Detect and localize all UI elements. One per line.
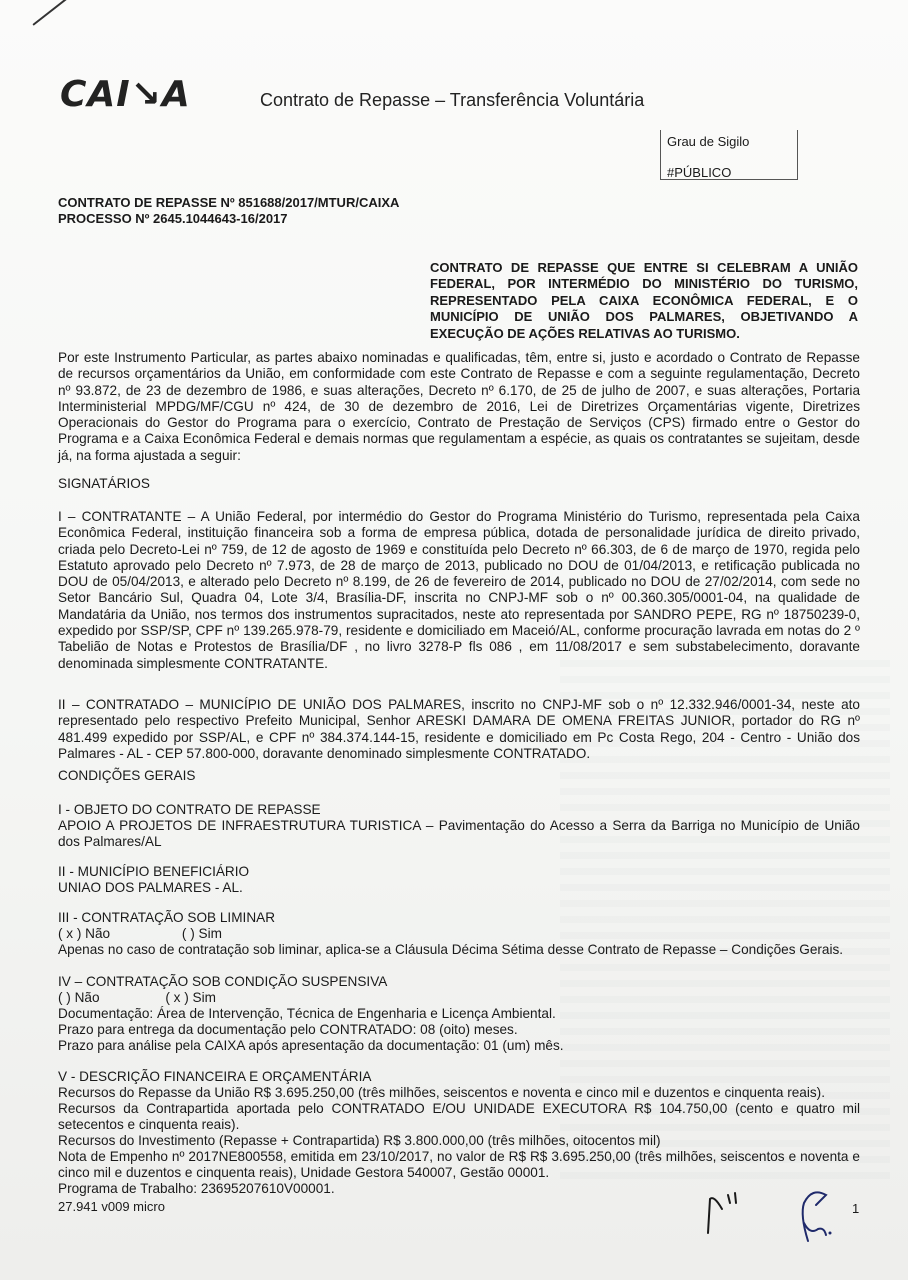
suspensiva-sim-checkbox: ( x ) Sim bbox=[165, 990, 216, 1006]
suspensiva-prazo-analise: Prazo para análise pela CAIXA após apres… bbox=[58, 1038, 564, 1054]
suspensiva-heading: IV – CONTRATAÇÃO SOB CONDIÇÃO SUSPENSIVA bbox=[58, 974, 387, 990]
financeira-contrapartida: Recursos da Contrapartida aportada pelo … bbox=[58, 1101, 860, 1134]
financeira-empenho: Nota de Empenho nº 2017NE800558, emitida… bbox=[58, 1149, 860, 1182]
footer-code: 27.941 v009 micro bbox=[58, 1199, 165, 1214]
liminar-options: ( x ) Não ( ) Sim bbox=[58, 926, 222, 942]
municipio-heading: II - MUNICÍPIO BENEFICIÁRIO bbox=[58, 864, 249, 880]
financeira-heading: V - DESCRIÇÃO FINANCEIRA E ORÇAMENTÁRIA bbox=[58, 1069, 371, 1085]
objeto-text: APOIO A PROJETOS DE INFRAESTRUTURA TURIS… bbox=[58, 818, 860, 851]
municipio-text: UNIAO DOS PALMARES - AL. bbox=[58, 880, 243, 896]
process-number: PROCESSO Nº 2645.1044643-16/2017 bbox=[58, 211, 399, 227]
liminar-nao-checkbox: ( x ) Não bbox=[58, 926, 110, 942]
liminar-heading: III - CONTRATAÇÃO SOB LIMINAR bbox=[58, 910, 275, 926]
pen-mark bbox=[32, 0, 71, 26]
financeira-repasse: Recursos do Repasse da União R$ 3.695.25… bbox=[58, 1085, 825, 1101]
financeira-investimento: Recursos do Investimento (Repasse + Cont… bbox=[58, 1133, 661, 1149]
caixa-logo: CAI↘A bbox=[60, 74, 191, 115]
confidentiality-label: Grau de Sigilo bbox=[667, 134, 749, 149]
objeto-heading: I - OBJETO DO CONTRATO DE REPASSE bbox=[58, 802, 321, 818]
intro-paragraph: Por este Instrumento Particular, as part… bbox=[58, 350, 860, 464]
suspensiva-options: ( ) Não ( x ) Sim bbox=[58, 990, 216, 1006]
suspensiva-documentacao: Documentação: Área de Intervenção, Técni… bbox=[58, 1006, 556, 1022]
contract-number: CONTRATO DE REPASSE Nº 851688/2017/MTUR/… bbox=[58, 195, 399, 211]
confidentiality-value: #PÚBLICO bbox=[667, 165, 731, 180]
confidentiality-box: Grau de Sigilo #PÚBLICO bbox=[660, 130, 798, 180]
financeira-programa: Programa de Trabalho: 23695207610V00001. bbox=[58, 1181, 335, 1197]
contratado-paragraph: II – CONTRATADO – MUNICÍPIO DE UNIÃO DOS… bbox=[58, 697, 860, 762]
page-number: 1 bbox=[852, 1201, 859, 1216]
condicoes-heading: CONDIÇÕES GERAIS bbox=[58, 768, 195, 783]
document-page: CAI↘A Contrato de Repasse – Transferênci… bbox=[0, 0, 908, 1280]
signature-initials bbox=[700, 1185, 840, 1265]
contract-reference: CONTRATO DE REPASSE Nº 851688/2017/MTUR/… bbox=[58, 195, 399, 227]
contratante-paragraph: I – CONTRATANTE – A União Federal, por i… bbox=[58, 509, 860, 672]
signatarios-heading: SIGNATÁRIOS bbox=[58, 476, 150, 491]
contract-preamble: CONTRATO DE REPASSE QUE ENTRE SI CELEBRA… bbox=[430, 260, 858, 342]
document-title: Contrato de Repasse – Transferência Volu… bbox=[260, 90, 644, 111]
liminar-note: Apenas no caso de contratação sob limina… bbox=[58, 942, 843, 958]
liminar-sim-checkbox: ( ) Sim bbox=[182, 926, 222, 942]
suspensiva-prazo-entrega: Prazo para entrega da documentação pelo … bbox=[58, 1022, 518, 1038]
suspensiva-nao-checkbox: ( ) Não bbox=[58, 990, 100, 1006]
